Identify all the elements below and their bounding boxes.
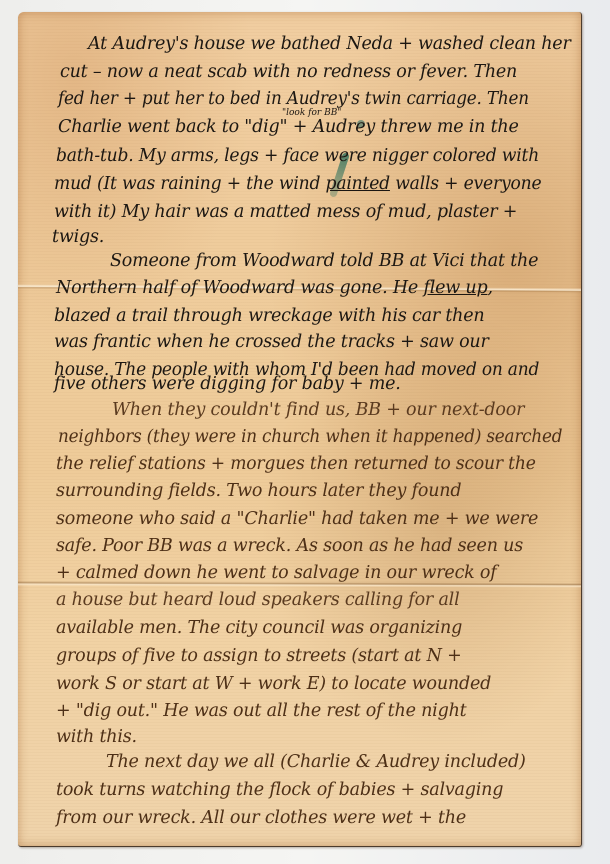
- underlined-word: painted: [326, 174, 390, 194]
- text-line: from our wreck. All our clothes were wet…: [56, 808, 466, 828]
- text-line: work S or start at W + work E) to locate…: [56, 674, 491, 694]
- text-line: cut – now a neat scab with no redness or…: [60, 62, 517, 82]
- text-line: a house but heard loud speakers calling …: [56, 590, 459, 610]
- text-line: groups of five to assign to streets (sta…: [56, 646, 462, 666]
- text-line: someone who said a "Charlie" had taken m…: [56, 509, 538, 529]
- text-line: took turns watching the flock of babies …: [56, 780, 503, 800]
- text-line: fed her + put her to bed in Audrey's twi…: [58, 89, 529, 109]
- text-line: with it) My hair was a matted mess of mu…: [54, 202, 517, 222]
- text-line: The next day we all (Charlie & Audrey in…: [106, 752, 526, 772]
- letter-page: At Audrey's house we bathed Neda + washe…: [18, 12, 582, 847]
- text-line: available men. The city council was orga…: [56, 618, 462, 638]
- text-line: was frantic when he crossed the tracks +…: [54, 332, 489, 352]
- text-line: Someone from Woodward told BB at Vici th…: [110, 251, 538, 271]
- text-line: mud (It was raining + the wind painted w…: [54, 174, 541, 194]
- text-line: At Audrey's house we bathed Neda + washe…: [88, 34, 571, 54]
- text-line: Northern half of Woodward was gone. He f…: [56, 278, 493, 298]
- text-line: the relief stations + morgues then retur…: [56, 454, 536, 474]
- text-line: surrounding fields. Two hours later they…: [56, 481, 461, 501]
- text-line: safe. Poor BB was a wreck. As soon as he…: [56, 536, 523, 556]
- text-line: Charlie went back to "dig" + Audrey thre…: [58, 117, 519, 137]
- text-line: twigs.: [52, 227, 104, 247]
- underlined-word: flew up: [423, 278, 487, 298]
- text-line: five others were digging for baby + me.: [54, 374, 401, 394]
- text-line: When they couldn't find us, BB + our nex…: [112, 400, 524, 420]
- text-line: bath-tub. My arms, legs + face were nigg…: [56, 146, 539, 166]
- text-line: + "dig out." He was out all the rest of …: [56, 701, 466, 721]
- text-line: blazed a trail through wreckage with his…: [54, 306, 484, 326]
- text-line: neighbors (they were in church when it h…: [58, 427, 562, 447]
- text-line: + calmed down he went to salvage in our …: [56, 563, 497, 583]
- text-line: with this.: [56, 727, 137, 747]
